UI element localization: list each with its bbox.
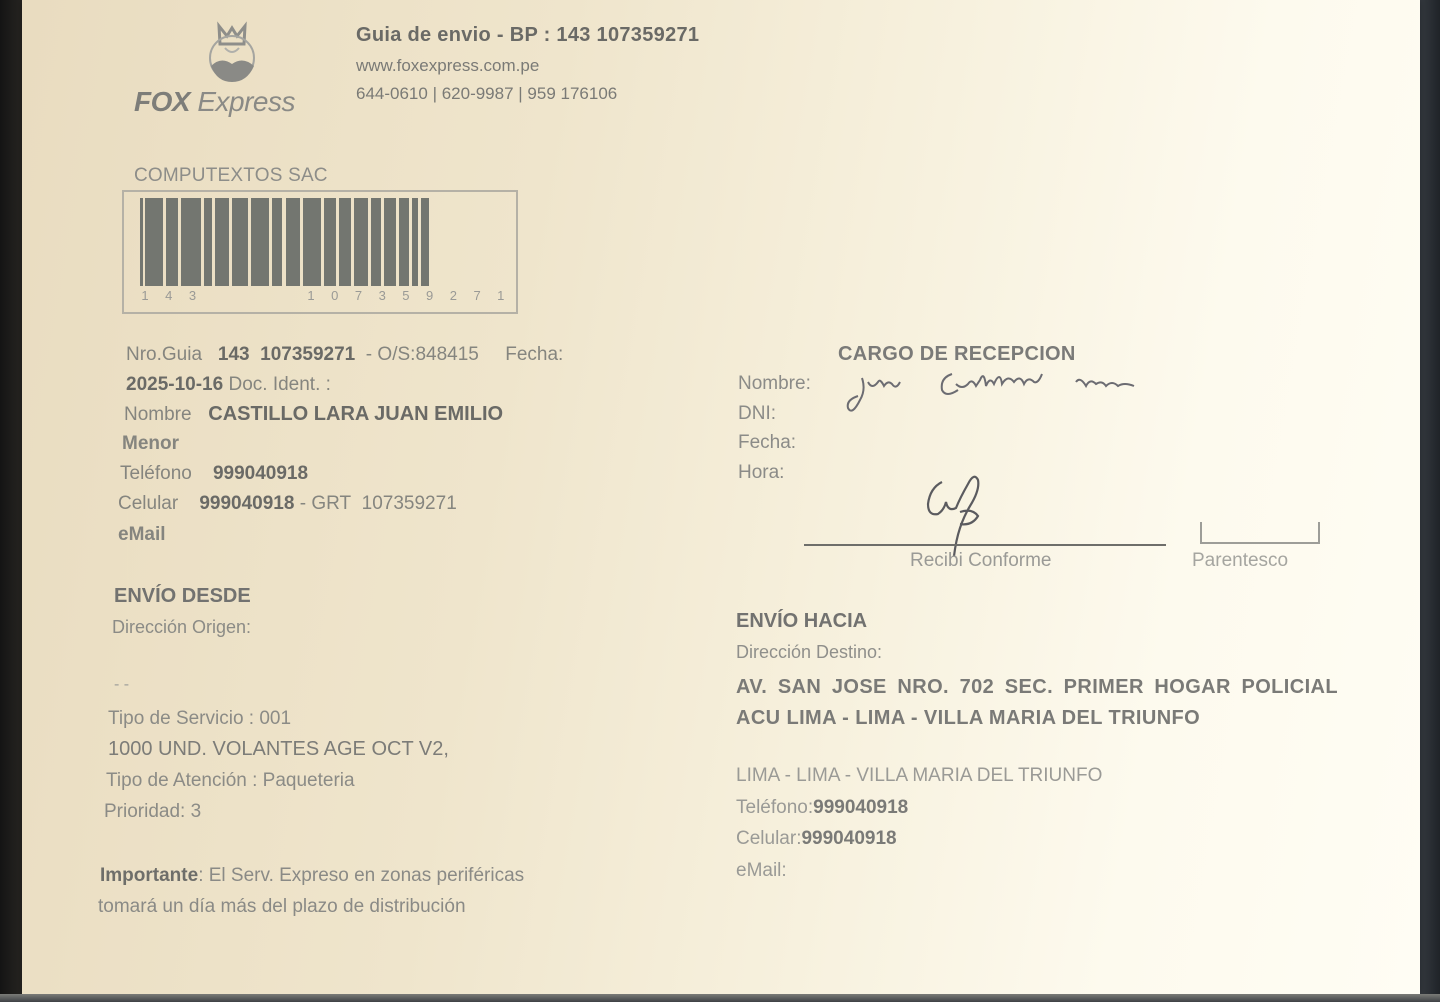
barcode-digit: 7 bbox=[470, 288, 484, 303]
destination-address-label: Dirección Destino: bbox=[736, 642, 882, 663]
background-bottom bbox=[0, 994, 1440, 1002]
origin-address-label: Dirección Origen: bbox=[112, 617, 251, 638]
barcode-digit: 2 bbox=[446, 288, 460, 303]
barcode-digit: 7 bbox=[351, 288, 365, 303]
menor-row: Menor bbox=[122, 433, 179, 455]
website-text: www.foxexpress.com.pe bbox=[356, 56, 539, 76]
important-note-line2: tomará un día más del plazo de distribuc… bbox=[98, 896, 466, 918]
os-number: 848415 bbox=[415, 344, 478, 365]
guide-number-row: Nro.Guia 143 107359271 - O/S:848415 Fech… bbox=[126, 344, 563, 366]
guide-date: 2025-10-16 bbox=[126, 374, 223, 395]
barcode-digit bbox=[280, 288, 294, 303]
fox-logo-icon bbox=[197, 20, 267, 86]
destination-email-label: eMail: bbox=[736, 860, 787, 882]
telefono-row: Teléfono 999040918 bbox=[120, 463, 308, 485]
guide-number: 143 107359271 bbox=[218, 344, 355, 365]
receiver-date-label: Fecha: bbox=[738, 432, 796, 454]
shipment-description: 1000 UND. VOLANTES AGE OCT V2, bbox=[108, 738, 449, 761]
barcode-digit: 1 bbox=[494, 288, 508, 303]
receiver-name-label: Nombre: bbox=[738, 373, 811, 395]
barcode-digits: 143107359271 bbox=[138, 288, 508, 303]
recipient-name-row: Nombre CASTILLO LARA JUAN EMILIO bbox=[124, 403, 503, 426]
recibi-conforme-label: Recibi Conforme bbox=[910, 550, 1052, 572]
envio-hacia-heading: ENVÍO HACIA bbox=[736, 610, 867, 633]
barcode-digit: 3 bbox=[375, 288, 389, 303]
barcode-bars bbox=[140, 198, 506, 286]
handwritten-name-signature bbox=[844, 360, 1164, 420]
receiver-dni-label: DNI: bbox=[738, 403, 776, 425]
barcode-digit bbox=[233, 288, 247, 303]
shipping-label-document: FOX Express Guia de envio - BP : 143 107… bbox=[22, 0, 1420, 994]
brand-logo-text: FOX Express bbox=[134, 86, 295, 118]
signature-line bbox=[804, 544, 1166, 546]
sender-company: COMPUTEXTOS SAC bbox=[134, 165, 328, 187]
date-row: 2025-10-16 Doc. Ident. : bbox=[126, 374, 331, 396]
barcode-digit: 1 bbox=[138, 288, 152, 303]
celular-row: Celular 999040918 - GRT 107359271 bbox=[118, 493, 457, 515]
grt-number: 107359271 bbox=[362, 493, 457, 514]
receiver-time-label: Hora: bbox=[738, 462, 784, 484]
barcode: 143107359271 bbox=[122, 190, 518, 314]
barcode-digit: 5 bbox=[399, 288, 413, 303]
barcode-digit bbox=[257, 288, 271, 303]
important-note-line1: Importante: El Serv. Expreso en zonas pe… bbox=[100, 865, 524, 887]
parentesco-field bbox=[1200, 522, 1320, 544]
envio-desde-heading: ENVÍO DESDE bbox=[114, 585, 251, 608]
barcode-digit: 3 bbox=[185, 288, 199, 303]
destination-address: AV. SAN JOSE NRO. 702 SEC. PRIMER HOGAR … bbox=[736, 672, 1338, 734]
contact-phones: 644-0610 | 620-9987 | 959 176106 bbox=[356, 84, 617, 104]
email-row: eMail bbox=[118, 524, 166, 546]
barcode-digit bbox=[209, 288, 223, 303]
barcode-digit: 9 bbox=[423, 288, 437, 303]
destination-mobile-row: Celular:999040918 bbox=[736, 828, 897, 850]
destination-location: LIMA - LIMA - VILLA MARIA DEL TRIUNFO bbox=[736, 765, 1102, 787]
barcode-digit: 4 bbox=[162, 288, 176, 303]
recipient-phone: 999040918 bbox=[213, 463, 308, 484]
guide-title: Guia de envio - BP : 143 107359271 bbox=[356, 24, 699, 47]
barcode-digit: 0 bbox=[328, 288, 342, 303]
recipient-mobile: 999040918 bbox=[199, 493, 294, 514]
destination-phone: 999040918 bbox=[813, 797, 908, 818]
destination-phone-row: Teléfono:999040918 bbox=[736, 797, 908, 819]
barcode-digit: 1 bbox=[304, 288, 318, 303]
origin-address-value: - - bbox=[114, 676, 129, 694]
service-type: Tipo de Servicio : 001 bbox=[108, 708, 291, 730]
destination-mobile: 999040918 bbox=[801, 828, 896, 849]
attention-type: Tipo de Atención : Paqueteria bbox=[106, 770, 355, 792]
parentesco-label: Parentesco bbox=[1192, 550, 1288, 572]
priority: Prioridad: 3 bbox=[104, 801, 201, 823]
recipient-name: CASTILLO LARA JUAN EMILIO bbox=[208, 403, 503, 425]
